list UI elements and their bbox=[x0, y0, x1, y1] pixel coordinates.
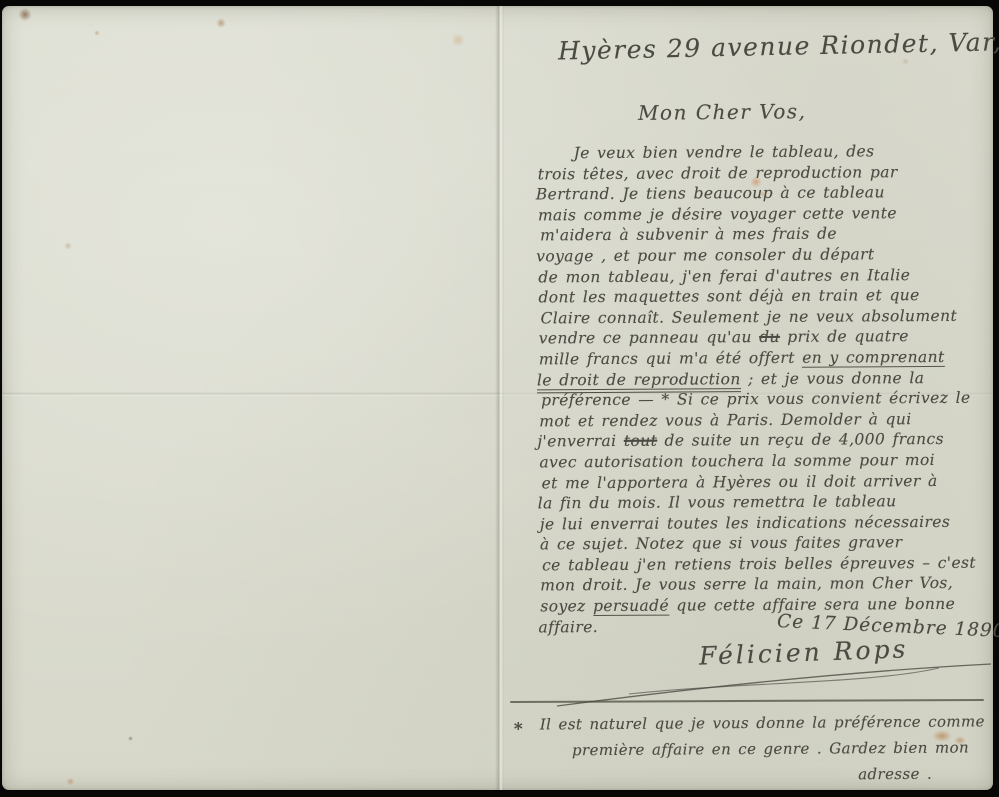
rust-stain bbox=[66, 778, 75, 785]
speck bbox=[128, 736, 133, 741]
text-segment: dont les maquettes sont déjà en train et… bbox=[538, 286, 919, 306]
letter-line: de mon tableau, j'en ferai d'autres en I… bbox=[538, 264, 990, 287]
foxing-spot bbox=[18, 8, 32, 21]
letter-salutation: Mon Cher Vos, bbox=[638, 99, 807, 125]
text-segment: je lui enverrai toutes les indications n… bbox=[540, 513, 950, 534]
letter-line: à ce sujet. Notez que si vous faites gra… bbox=[540, 532, 992, 555]
foxing-spot bbox=[94, 30, 100, 36]
text-segment: et me l'apportera à Hyères ou il doit ar… bbox=[542, 471, 938, 491]
text-segment: ; et je vous donne la bbox=[741, 369, 925, 388]
foxing-spot bbox=[450, 34, 466, 46]
letter-line: ce tableau j'en retiens trois belles épr… bbox=[542, 552, 992, 575]
foxing-spot bbox=[902, 58, 909, 65]
footnote-line: Il est naturel que je vous donne la préf… bbox=[540, 708, 990, 737]
letter-line: mais comme je désire voyager cette vente bbox=[538, 202, 990, 225]
footnote: * Il est naturel que je vous donne la pr… bbox=[510, 708, 991, 789]
letter-scan-paper: Hyères 29 avenue Riondet, Var, Mon Cher … bbox=[2, 6, 993, 790]
letter-line: la fin du mois. Il vous remettra le tabl… bbox=[538, 491, 992, 514]
text-segment: voyage , et pour me consoler du départ bbox=[536, 245, 874, 265]
letter-line: et me l'apportera à Hyères ou il doit ar… bbox=[542, 470, 992, 493]
foxing-spot bbox=[216, 18, 226, 28]
letter-line: Bertrand. Je tiens beaucoup à ce tableau bbox=[536, 182, 990, 205]
fold-crease-horizontal-left bbox=[2, 392, 500, 396]
letter-line: je lui enverrai toutes les indications n… bbox=[540, 511, 992, 534]
letter-body: Je veux bien vendre le tableau, destrois… bbox=[537, 141, 992, 638]
text-segment: de mon tableau, j'en ferai d'autres en I… bbox=[538, 266, 910, 286]
letter-heading-address: Hyères 29 avenue Riondet, Var, bbox=[558, 28, 989, 66]
text-segment: à ce sujet. Notez que si vous faites gra… bbox=[540, 533, 903, 553]
text-segment: trois têtes, avec droit de reproduction … bbox=[538, 163, 898, 183]
letter-line: j'enverrai tout de suite un reçu de 4,00… bbox=[537, 429, 991, 452]
signature-block: Félicien Rops Ce 17 Décembre 1890 bbox=[539, 614, 994, 709]
foxing-spot bbox=[64, 242, 72, 250]
letter-line: voyage , et pour me consoler du départ bbox=[536, 244, 990, 267]
text-segment: mon droit. Je vous serre la main, mon Ch… bbox=[540, 574, 953, 595]
letter-line: Je veux bien vendre le tableau, des bbox=[539, 141, 989, 164]
text-segment: ce tableau j'en retiens trois belles épr… bbox=[542, 554, 976, 575]
text-segment: mais comme je désire voyager cette vente bbox=[538, 204, 897, 224]
text-segment: j'enverrai bbox=[537, 432, 624, 451]
letter-line: préférence — * Si ce prix vous convient … bbox=[541, 388, 991, 411]
text-segment: Je veux bien vendre le tableau, des bbox=[574, 142, 875, 162]
footnote-line: adresse . bbox=[858, 760, 990, 787]
struck-text: du bbox=[759, 328, 780, 346]
letter-line: mon droit. Je vous serre la main, mon Ch… bbox=[540, 573, 992, 596]
letter-line: avec autorisation touchera la somme pour… bbox=[539, 450, 991, 473]
letter-line: dont les maquettes sont déjà en train et… bbox=[538, 285, 990, 308]
letter-line: le droit de reproduction ; et je vous do… bbox=[537, 367, 991, 390]
fold-crease-vertical bbox=[495, 6, 504, 790]
text-segment: vendre ce panneau qu'au bbox=[539, 328, 760, 347]
text-segment: avec autorisation touchera la somme pour… bbox=[539, 451, 935, 471]
text-segment: la fin du mois. Il vous remettra le tabl… bbox=[538, 492, 897, 512]
underlined-text: en y comprenant bbox=[802, 348, 945, 368]
footnote-asterisk: * bbox=[514, 717, 523, 743]
text-segment: préférence — * Si ce prix vous convient … bbox=[541, 389, 971, 410]
text-segment: de suite un reçu de 4,000 francs bbox=[657, 430, 944, 450]
letter-line: trois têtes, avec droit de reproduction … bbox=[538, 161, 990, 184]
text-segment: prix de quatre bbox=[780, 327, 909, 346]
text-segment: m'aidera à subvenir à mes frais de bbox=[540, 225, 837, 245]
letter-line: m'aidera à subvenir à mes frais de bbox=[540, 223, 990, 246]
text-segment: Claire connaît. Seulement je ne veux abs… bbox=[541, 307, 958, 328]
letter-line: vendre ce panneau qu'au du prix de quatr… bbox=[539, 326, 991, 349]
letter-line: mille francs qui m'a été offert en y com… bbox=[539, 347, 991, 370]
text-segment: Bertrand. Je tiens beaucoup à ce tableau bbox=[536, 183, 885, 203]
text-segment: mot et rendez vous à Paris. Demolder à q… bbox=[539, 410, 911, 430]
letter-line: Claire connaît. Seulement je ne veux abs… bbox=[541, 305, 991, 328]
footnote-line: première affaire en ce genre . Gardez bi… bbox=[572, 734, 990, 763]
text-segment: soyez bbox=[540, 597, 593, 615]
struck-text: tout bbox=[624, 432, 657, 450]
text-segment: mille francs qui m'a été offert bbox=[539, 349, 802, 369]
letter-line: mot et rendez vous à Paris. Demolder à q… bbox=[539, 408, 991, 431]
